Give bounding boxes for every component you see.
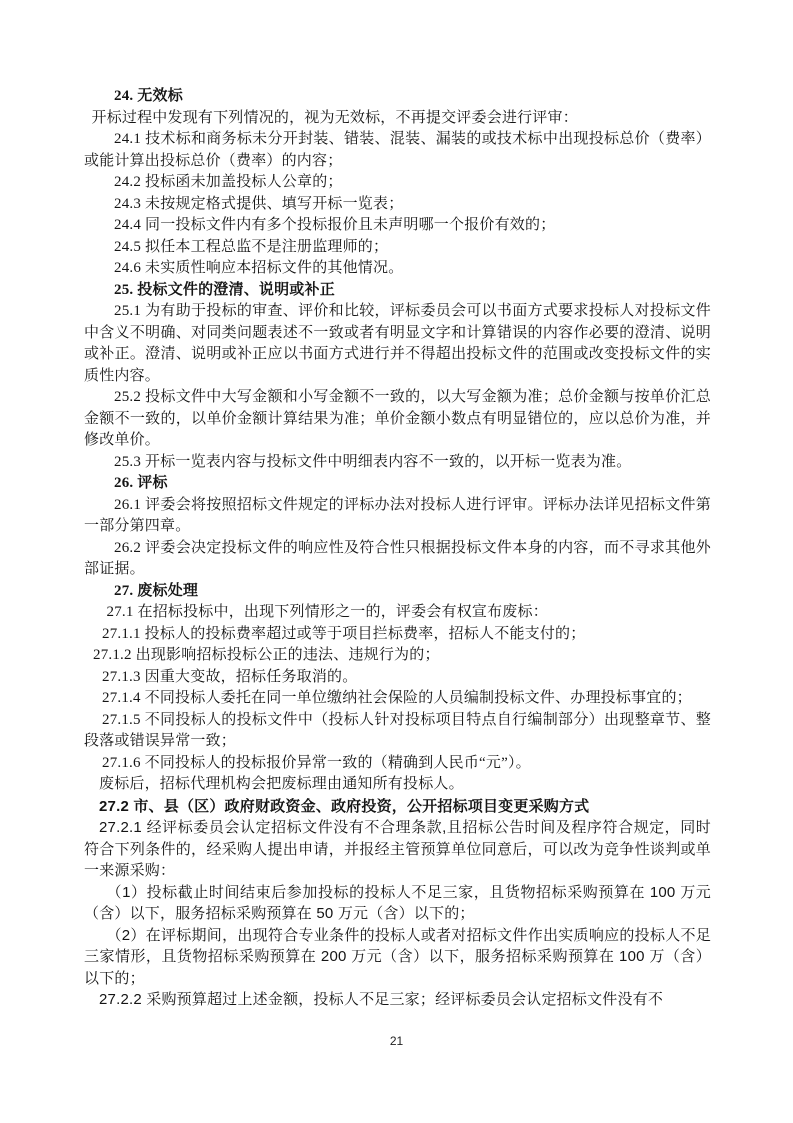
paragraph: 废标后，招标代理机构会把废标理由通知所有投标人。 bbox=[84, 774, 711, 796]
paragraph: 25.2 投标文件中大写金额和小写金额不一致的，以大写金额为准；总价金额与按单价… bbox=[84, 387, 711, 452]
paragraph: 24.3 未按规定格式提供、填写开标一览表； bbox=[84, 194, 711, 216]
section-heading: 24. 无效标 bbox=[84, 86, 711, 108]
paragraph: 27.2.1 经评标委员会认定招标文件没有不合理条款,且招标公告时间及程序符合规… bbox=[84, 817, 711, 882]
paragraph: 26.1 评委会将按照招标文件规定的评标办法对投标人进行评审。评标办法详见招标文… bbox=[84, 495, 711, 538]
paragraph: 24.4 同一投标文件内有多个投标报价且未声明哪一个报价有效的； bbox=[84, 215, 711, 237]
paragraph: 27.1.6 不同投标人的投标报价异常一致的（精确到人民币“元”）。 bbox=[84, 753, 711, 775]
paragraph: （1）投标截止时间结束后参加投标的投标人不足三家，且货物招标采购预算在 100 … bbox=[84, 882, 711, 925]
paragraph: 27.1 在招标投标中，出现下列情形之一的，评委会有权宣布废标： bbox=[84, 602, 711, 624]
paragraph: 24.5 拟任本工程总监不是注册监理师的； bbox=[84, 237, 711, 259]
paragraph: 26.2 评委会决定投标文件的响应性及符合性只根据投标文件本身的内容，而不寻求其… bbox=[84, 538, 711, 581]
document-page: 24. 无效标开标过程中发现有下列情况的，视为无效标，不再提交评委会进行评审：2… bbox=[0, 0, 793, 1123]
paragraph: 24.1 技术标和商务标未分开封装、错装、混装、漏装的或技术标中出现投标总价（费… bbox=[84, 129, 711, 172]
section-heading: 26. 评标 bbox=[84, 473, 711, 495]
paragraph: 25.3 开标一览表内容与投标文件中明细表内容不一致的，以开标一览表为准。 bbox=[84, 452, 711, 474]
section-heading: 27.2 市、县（区）政府财政资金、政府投资，公开招标项目变更采购方式 bbox=[84, 796, 711, 818]
document-body: 24. 无效标开标过程中发现有下列情况的，视为无效标，不再提交评委会进行评审：2… bbox=[84, 86, 711, 1011]
section-heading: 27. 废标处理 bbox=[84, 581, 711, 603]
paragraph: 25.1 为有助于投标的审查、评价和比较，评标委员会可以书面方式要求投标人对投标… bbox=[84, 301, 711, 387]
paragraph: 27.1.4 不同投标人委托在同一单位缴纳社会保险的人员编制投标文件、办理投标事… bbox=[84, 688, 711, 710]
paragraph: 24.2 投标函未加盖投标人公章的； bbox=[84, 172, 711, 194]
page-footer: 21 bbox=[0, 1032, 793, 1050]
page-number: 21 bbox=[390, 1034, 403, 1048]
paragraph: （2）在评标期间，出现符合专业条件的投标人或者对招标文件作出实质响应的投标人不足… bbox=[84, 925, 711, 990]
paragraph: 24.6 未实质性响应本招标文件的其他情况。 bbox=[84, 258, 711, 280]
section-heading: 25. 投标文件的澄清、说明或补正 bbox=[84, 280, 711, 302]
paragraph: 27.1.1 投标人的投标费率超过或等于项目拦标费率，招标人不能支付的； bbox=[84, 624, 711, 646]
paragraph: 27.1.3 因重大变故，招标任务取消的。 bbox=[84, 667, 711, 689]
paragraph: 27.1.5 不同投标人的投标文件中（投标人针对投标项目特点自行编制部分）出现整… bbox=[84, 710, 711, 753]
paragraph: 开标过程中发现有下列情况的，视为无效标，不再提交评委会进行评审： bbox=[84, 108, 711, 130]
paragraph: 27.2.2 采购预算超过上述金额，投标人不足三家；经评标委员会认定招标文件没有… bbox=[84, 989, 711, 1011]
paragraph: 27.1.2 出现影响招标投标公正的违法、违规行为的； bbox=[84, 645, 711, 667]
